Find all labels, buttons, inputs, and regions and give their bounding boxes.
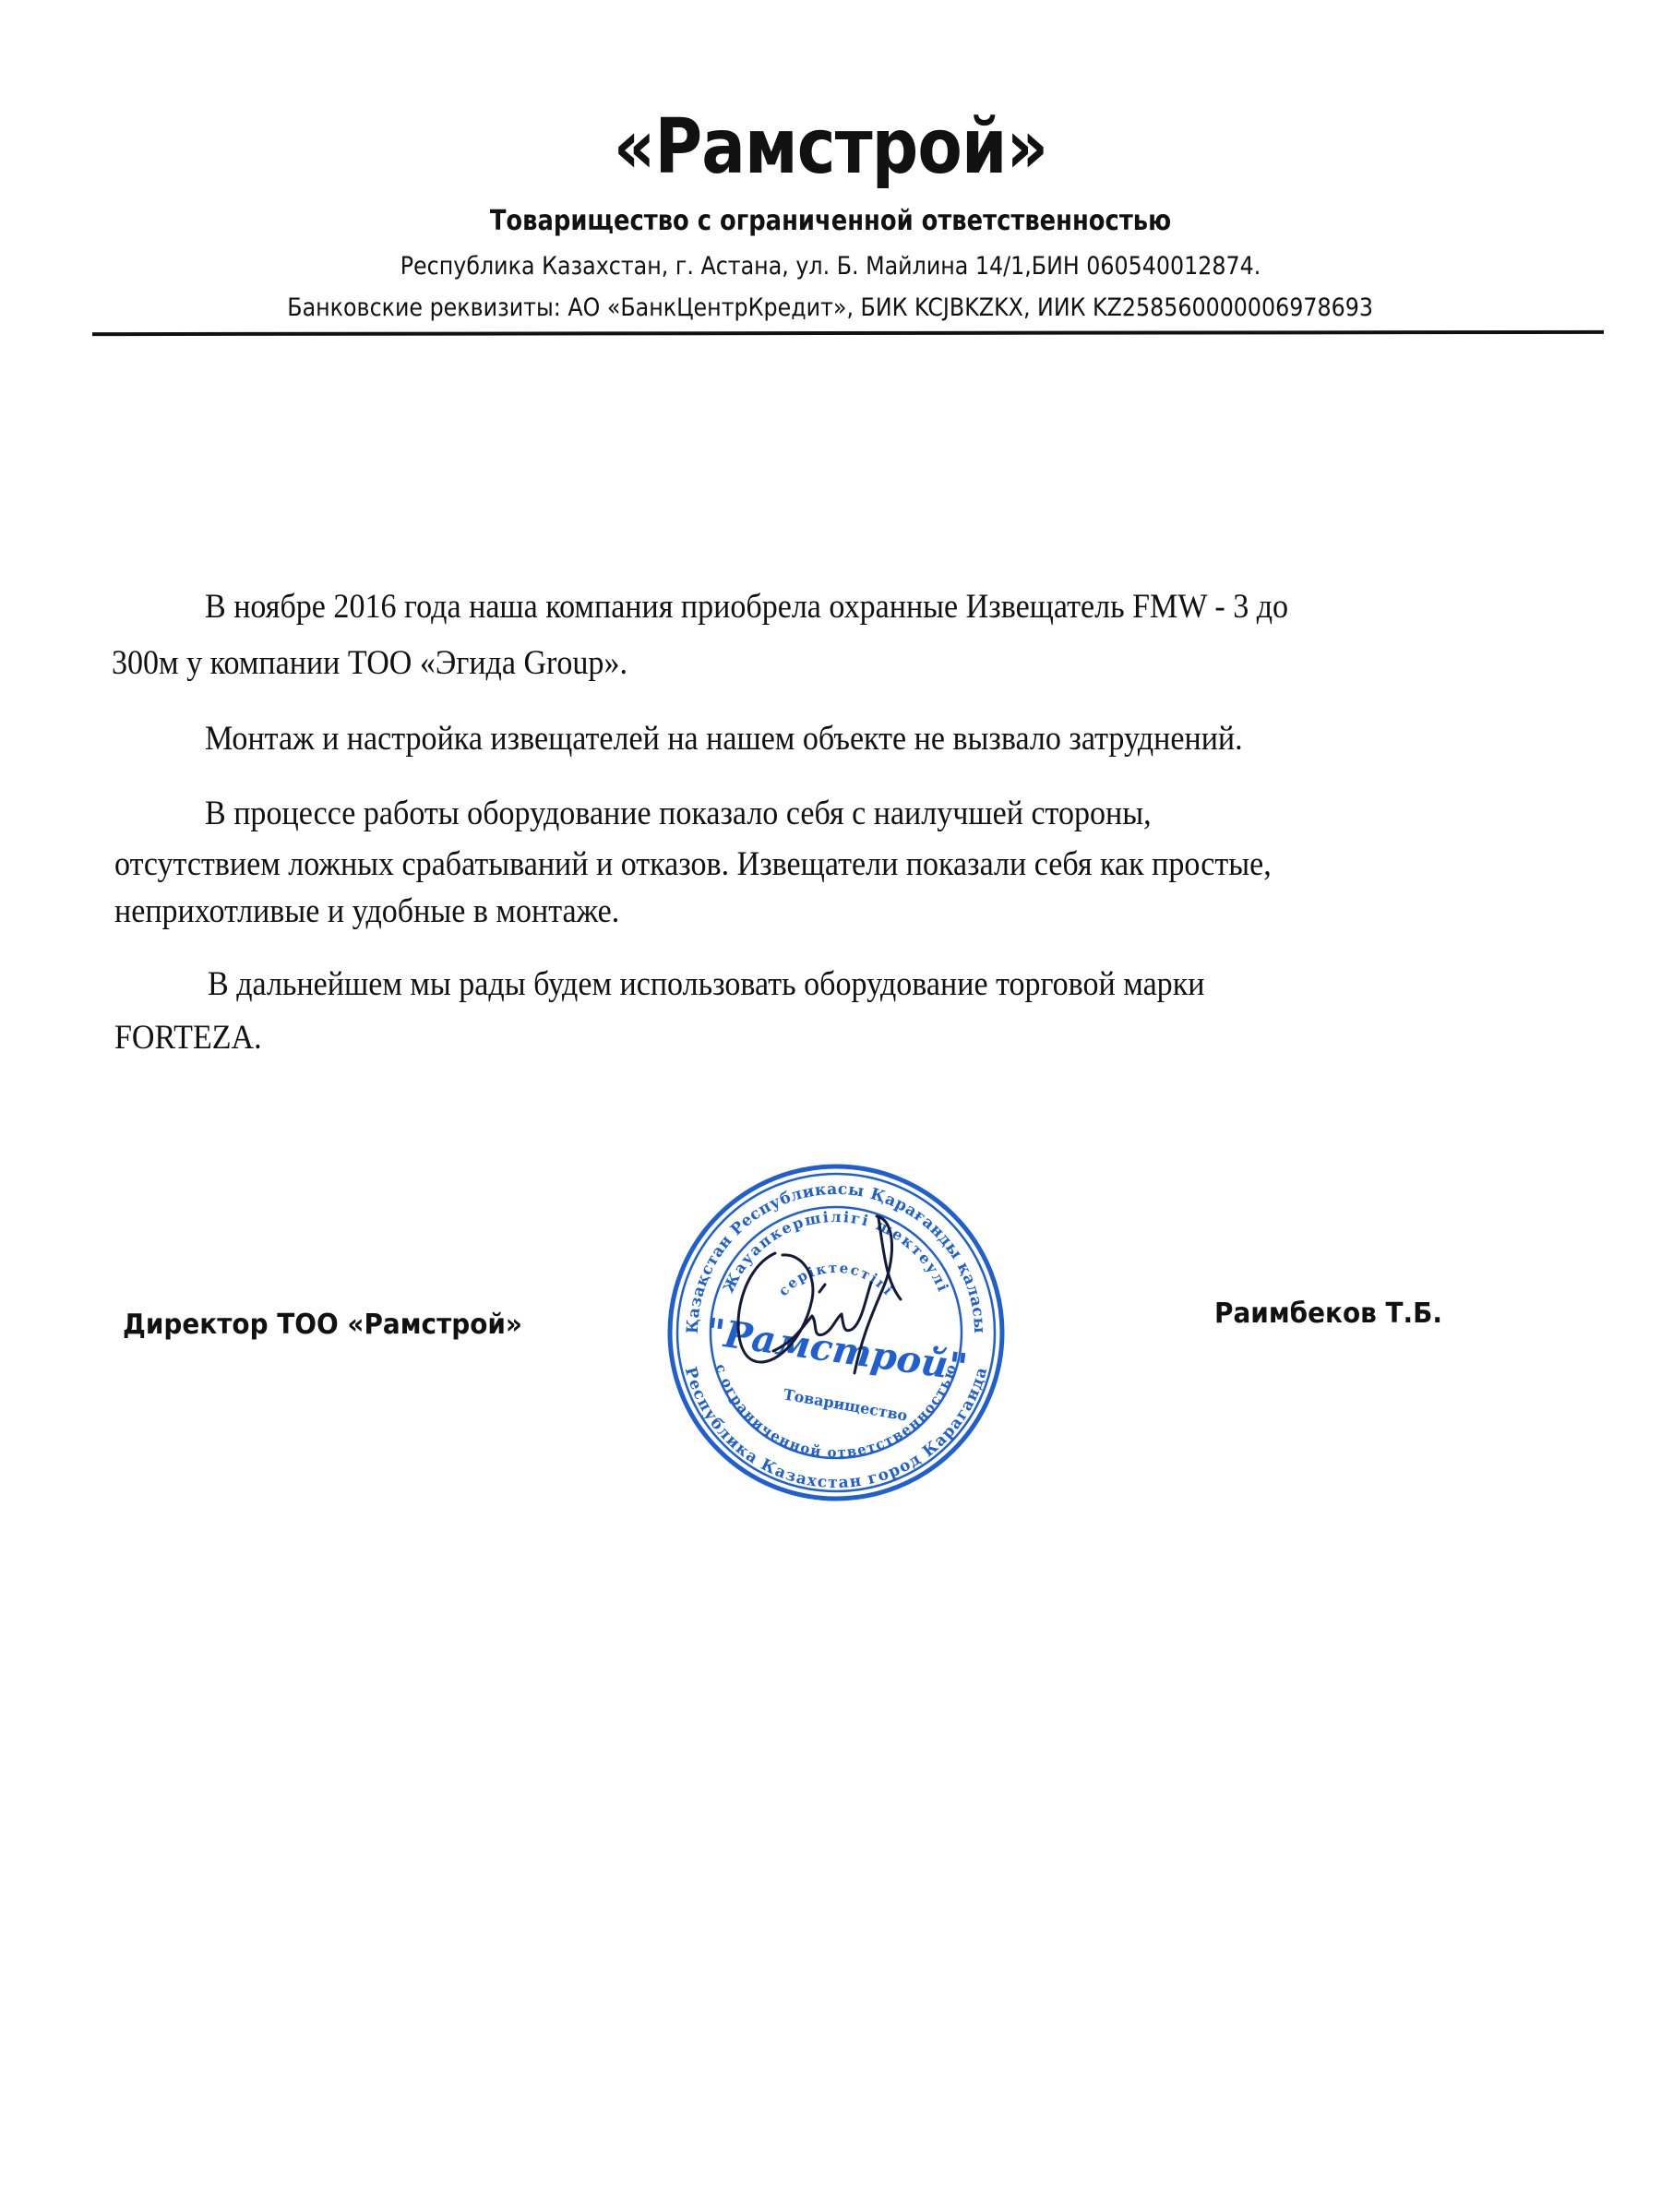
svg-text:серіктестігі: серіктестігі	[775, 1260, 897, 1299]
stamp-center-top-text: серіктестігі	[775, 1260, 897, 1299]
body-line: В процессе работы оборудование показало …	[205, 794, 1152, 833]
bank-details: Банковские реквизиты: АО «БанкЦентрКреди…	[100, 293, 1561, 322]
body-line: 300м у компании ТОО «Эгида Group».	[112, 643, 627, 683]
body-line: FORTEZA.	[114, 1018, 262, 1058]
legal-form: Товарищество с ограниченной ответственно…	[116, 205, 1545, 237]
company-address: Республика Казахстан, г. Астана, ул. Б. …	[100, 252, 1561, 281]
body-line: неприхотливые и удобные в монтаже.	[114, 891, 619, 931]
body-line: отсутствием ложных срабатываний и отказо…	[114, 844, 1272, 884]
stamp-center-bottom-text: Товарищество	[783, 1385, 910, 1424]
header-divider	[92, 330, 1604, 336]
body-line: В ноябре 2016 года наша компания приобре…	[205, 587, 1288, 627]
body-line: Монтаж и настройка извещателей на нашем …	[205, 719, 1243, 759]
body-line: В дальнейшем мы рады будем использовать …	[208, 964, 1204, 1004]
stamp-seal-icon: Қазақстан Республикасы Қарағанды қаласы …	[664, 1161, 1008, 1504]
company-name: «Рамстрой»	[116, 103, 1545, 191]
company-stamp: Қазақстан Республикасы Қарағанды қаласы …	[664, 1161, 1008, 1504]
signatory-name: Раимбеков Т.Б.	[1214, 1297, 1442, 1330]
signatory-position: Директор ТОО «Рамстрой»	[123, 1309, 522, 1341]
